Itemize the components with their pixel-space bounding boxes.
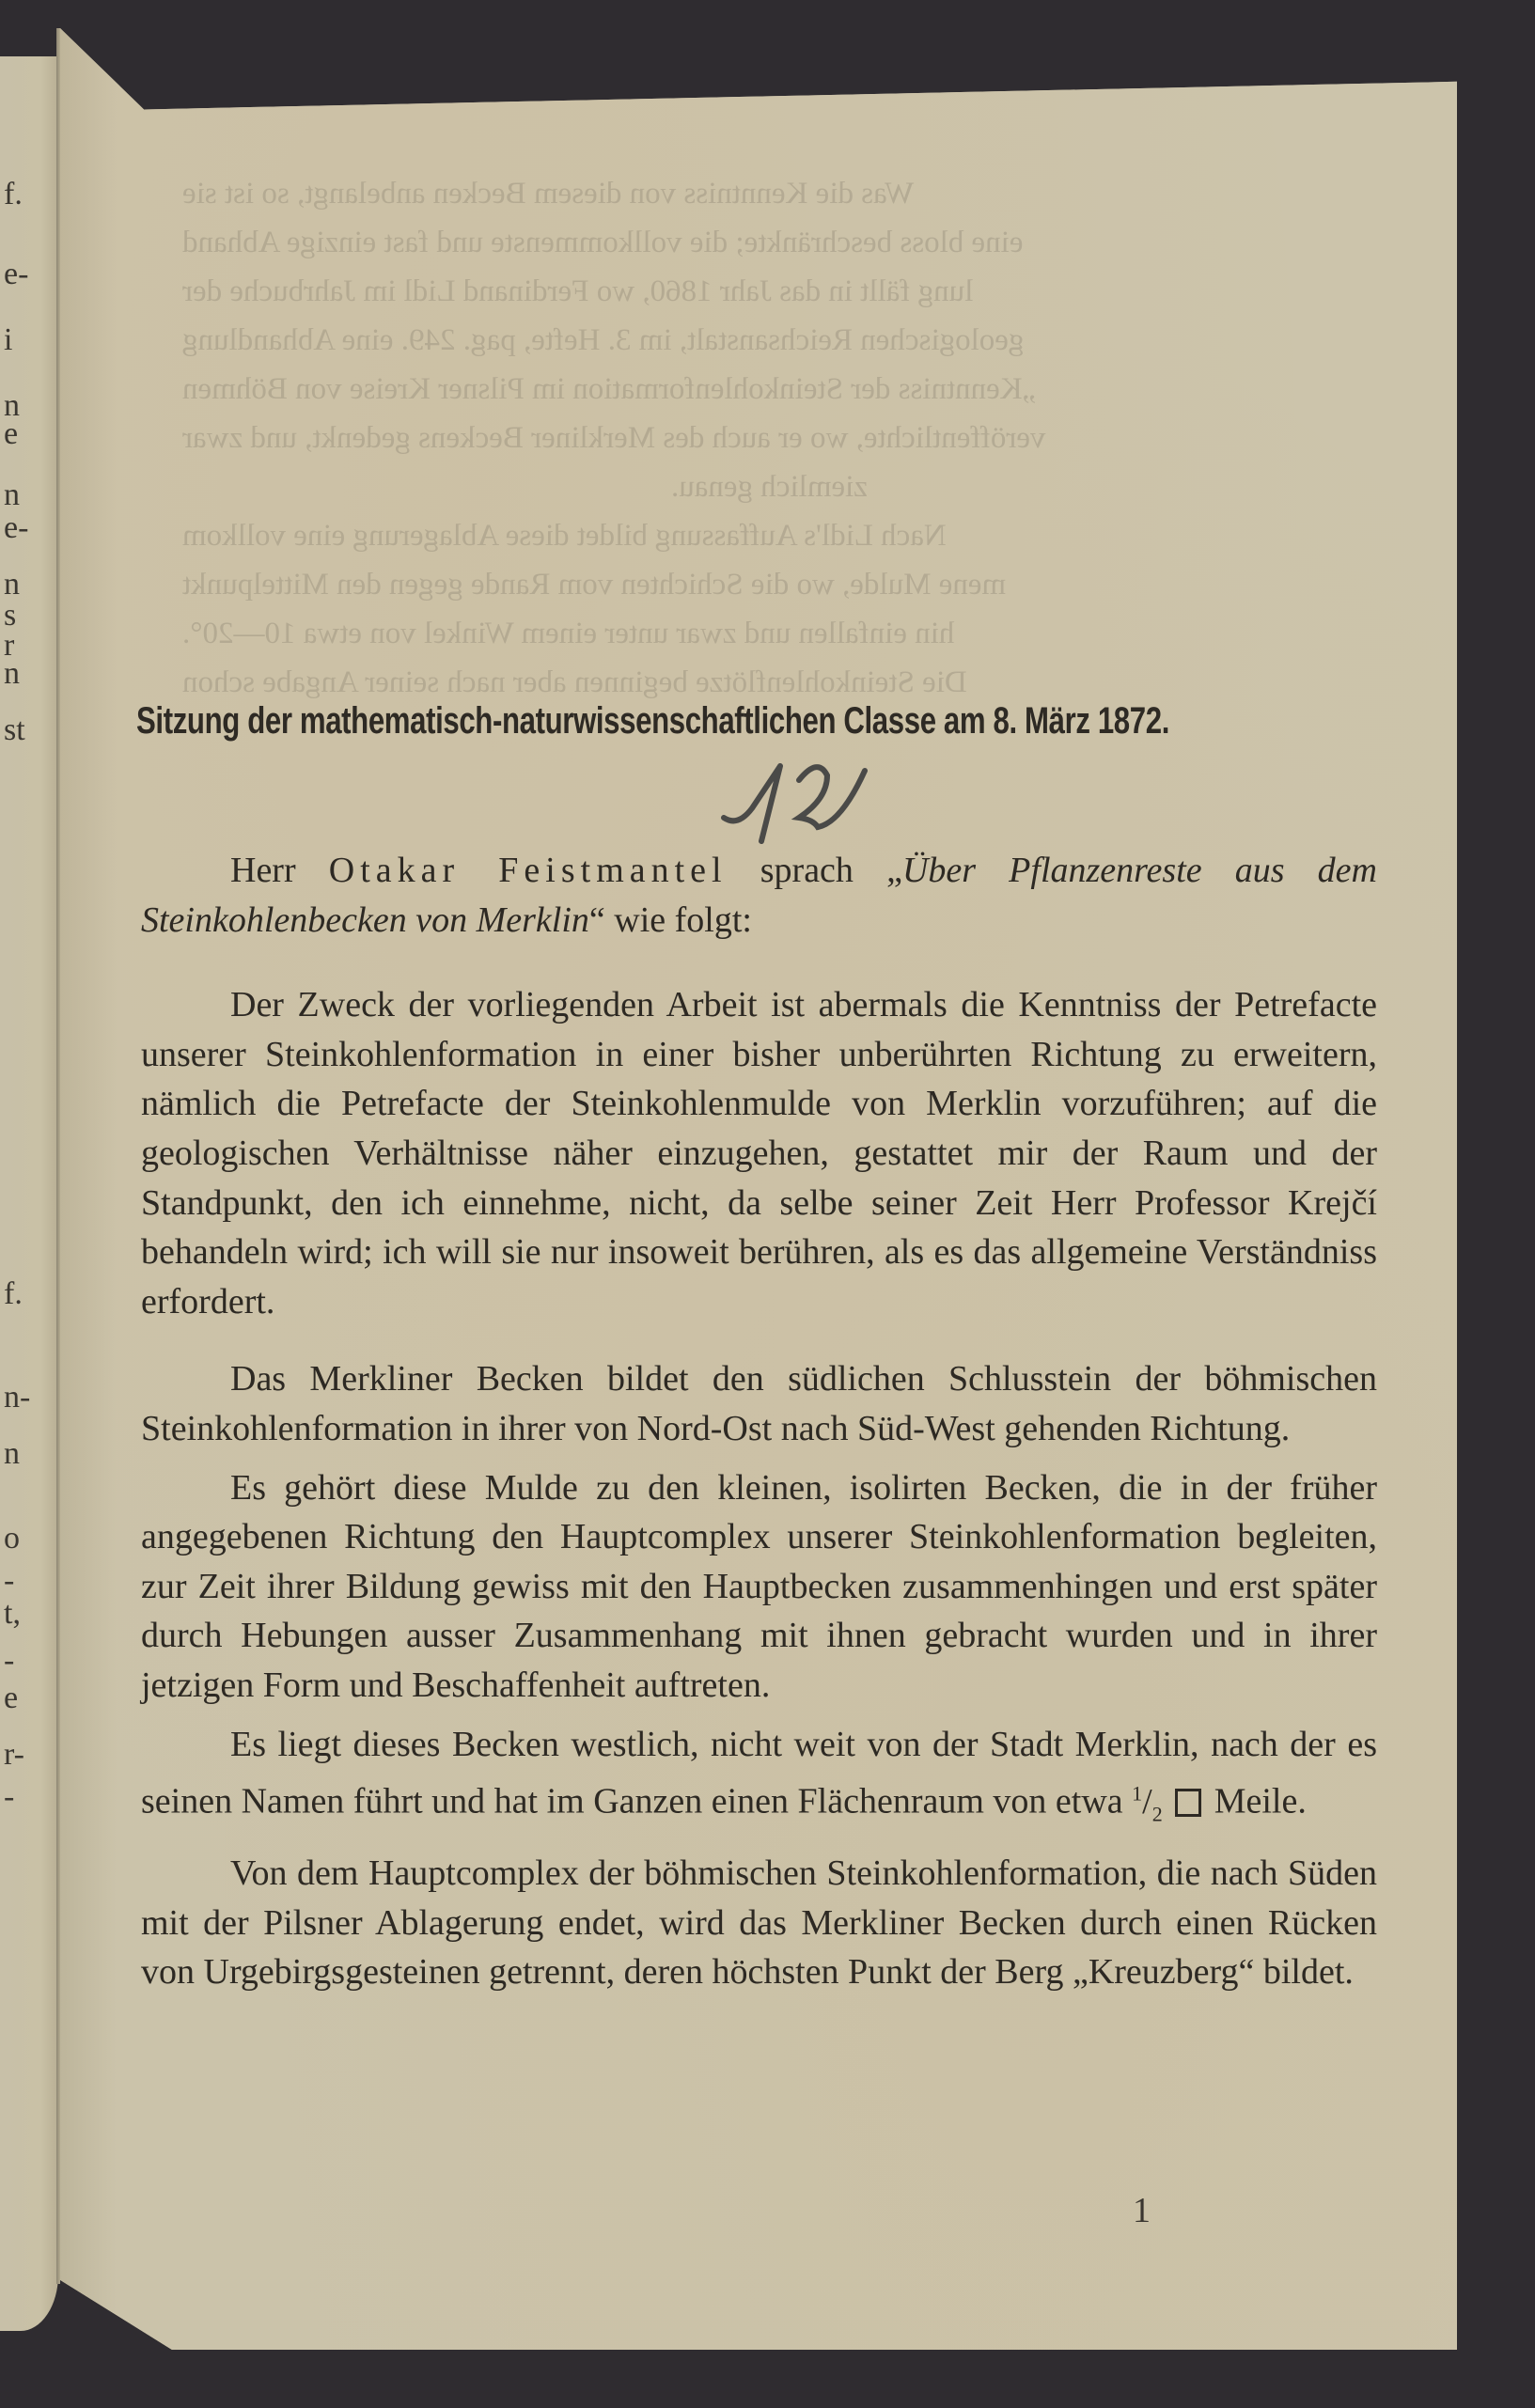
- intro-paragraph: Herr Otakar Feistmantel sprach „Über Pfl…: [141, 846, 1377, 945]
- left-page-fragment: f.: [4, 179, 23, 211]
- body-paragraph: Es gehört diese Mulde zu den kleinen, is…: [141, 1463, 1377, 1711]
- bleed-through-line: hin einfallen und zwar unter einem Winke…: [182, 609, 954, 658]
- left-page-fragment: -: [4, 1565, 14, 1597]
- left-page-fragment: i: [4, 324, 12, 356]
- left-page-fragment: n-: [4, 1382, 30, 1414]
- left-page-edge: f. e- i n e n e- n s r n st f. n- n o - …: [0, 56, 58, 2331]
- left-page-fragment: s: [4, 600, 16, 632]
- body-paragraph: Der Zweck der vorliegenden Arbeit ist ab…: [141, 980, 1377, 1326]
- left-page-fragment: o: [4, 1523, 20, 1555]
- lecture-title: Über Pflanzenreste aus dem Steinkohlenbe…: [141, 851, 1377, 940]
- body-paragraph-area: Es liegt dieses Becken westlich, nicht w…: [141, 1720, 1377, 1839]
- left-page-fragment: st: [4, 714, 25, 746]
- left-page-fragment: e: [4, 1682, 18, 1714]
- session-heading: Sitzung der mathematisch-naturwissenscha…: [136, 700, 1104, 743]
- left-page-fragment: -: [4, 1645, 14, 1677]
- bleed-through-line: geologischen Reichsanstalt, im 3. Hefte,…: [182, 316, 1024, 365]
- intro-verb: sprach „: [760, 851, 902, 890]
- bleed-through-line: eine bloss beschränkte; die vollkommenst…: [182, 218, 1023, 267]
- left-page-fragment: n: [4, 1438, 20, 1470]
- book-gutter: [56, 28, 60, 2284]
- fraction: 1/2: [1132, 1782, 1163, 1822]
- left-page-fragment: f.: [4, 1278, 23, 1310]
- left-page-fragment: e-: [4, 512, 28, 544]
- body-paragraph: Das Merkliner Becken bildet den südliche…: [141, 1354, 1377, 1453]
- document-body: Herr Otakar Feistmantel sprach „Über Pfl…: [141, 846, 1377, 1997]
- intro-suffix: “ wie folgt:: [589, 900, 752, 940]
- speaker-name: Otakar Feistmantel: [329, 851, 728, 890]
- area-unit: Meile.: [1214, 1782, 1307, 1822]
- square-unit-icon: [1175, 1789, 1201, 1817]
- bleed-through-line: veröffentlichte, wo er auch des Merkline…: [182, 414, 1045, 462]
- handwritten-annotation: [710, 752, 879, 855]
- left-page-fragment: r-: [4, 1739, 24, 1771]
- left-page-fragment: e: [4, 418, 18, 450]
- left-page-fragment: n: [4, 569, 20, 601]
- left-page-fragment: t,: [4, 1598, 21, 1630]
- left-page-fragment: e-: [4, 258, 28, 290]
- left-page-fragment: n: [4, 658, 20, 690]
- bleed-through-line: lung fällt in das Jahr 1860, wo Ferdinan…: [182, 267, 973, 316]
- bleed-through-line: Was die Kenntniss von diesem Becken anbe…: [182, 169, 914, 218]
- page-number: 1: [1133, 2190, 1151, 2231]
- left-page-fragment: -: [4, 1781, 14, 1813]
- bleed-through-line: ziemlich genau.: [671, 462, 868, 511]
- body-paragraph: Von dem Hauptcomplex der böhmischen Stei…: [141, 1849, 1377, 1997]
- left-page-fragment: n: [4, 479, 20, 511]
- bleed-through-line: mene Mulde, wo die Schichten vom Rande g…: [182, 560, 1006, 609]
- bleed-through-line: „Kenntniss der Steinkohlenformation im P…: [182, 365, 1036, 414]
- intro-prefix: Herr: [230, 851, 296, 890]
- bleed-through-line: Nach Lidl's Auffassung bildet diese Abla…: [182, 511, 947, 560]
